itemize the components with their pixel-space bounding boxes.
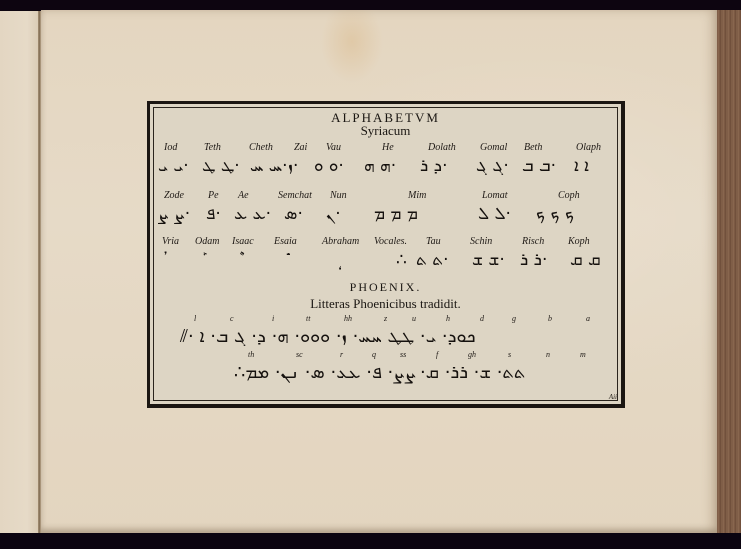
letter-label: Semchat [278, 190, 312, 201]
syriac-glyph: ܫ ܫ· [472, 250, 505, 270]
syriac-glyph: ܶ ܶ [236, 250, 240, 270]
letter-label: h [446, 314, 450, 323]
phoenician-glyphs: ⫽· ܟܘܕ· ܝ· ܛܛ ܚܚ· ܙ· ܘܘܘ· ܗ· ܕ· ܓ ܒ· ܐ [180, 326, 476, 347]
syriac-glyph: ܺ ܺ [284, 250, 288, 270]
phoenician-glyphs: ∴ܬܬ· ܫ· ܪܪ· ܩ· ܨܨ· ܦ· ܥܥ· ܣ· ܢܢ· ܡܡ [234, 362, 525, 383]
syriac-glyph: ܠ ܠ· [478, 204, 511, 224]
letter-label: f [436, 350, 438, 359]
letter-label: l [194, 314, 196, 323]
letter-label: Dolath [428, 142, 456, 153]
syriac-glyph: ܪ ܪ· [520, 250, 547, 270]
syriac-glyph: ܟ ܟ ܟ [536, 204, 574, 224]
syriac-glyph: ܦ· [206, 204, 221, 224]
letter-label: th [248, 350, 254, 359]
syriac-glyph: ܕ ܪ· [420, 156, 447, 176]
syriac-glyph: ܨ ܨ· [158, 204, 190, 224]
letter-label: Zai [294, 142, 307, 153]
syriac-glyph: ܬ ܬ· [416, 250, 449, 270]
letter-label: Zode [164, 190, 184, 201]
letter-label: u [412, 314, 416, 323]
letter-label: m [580, 350, 586, 359]
letter-label: Iod [164, 142, 177, 153]
letter-label: z [384, 314, 387, 323]
letter-label: Teth [204, 142, 221, 153]
syriac-glyph: ܘ ܘ· [314, 156, 344, 176]
letter-label: c [230, 314, 234, 323]
letter-label: He [382, 142, 394, 153]
letter-label: Pe [208, 190, 219, 201]
syriac-row-3-glyphs: ܳ ܳ ܰ ܰ ܶ ܶ ܺ ܺ ܴ ܴ ∴ ܬ ܬ· ܫ ܫ· ܪ ܪ· ܩ ܩ [150, 250, 621, 266]
letter-label: hh [344, 314, 352, 323]
left-page-edge [0, 11, 39, 537]
syriac-glyph: ܩ ܩ [570, 250, 601, 270]
letter-label: Vria [162, 236, 179, 247]
page-edges-right [717, 10, 741, 535]
letter-label: Gomal [480, 142, 507, 153]
syriac-glyph: ܐ ܐ [574, 156, 589, 176]
phoenix-subtitle: Litteras Phoenicibus tradidit. [150, 296, 621, 312]
phoenix-row-1-glyphs: ⫽· ܟܘܕ· ܝ· ܛܛ ܚܚ· ܙ· ܘܘܘ· ܗ· ܕ· ܓ ܒ· ܐ [180, 326, 621, 342]
syriac-glyph: ܒ ܒ· [522, 156, 556, 176]
letter-label: Olaph [576, 142, 601, 153]
syriac-glyph: ܙ· [288, 156, 298, 176]
letter-label: Isaac [232, 236, 254, 247]
letter-label: a [586, 314, 590, 323]
letter-label: Schin [470, 236, 492, 247]
letter-label: s [508, 350, 511, 359]
book-scan: ALPHABETVM Syriacum Iod Teth Cheth Zai V… [0, 0, 741, 549]
letter-label: Abraham [322, 236, 359, 247]
letter-label: q [372, 350, 376, 359]
letter-label: b [548, 314, 552, 323]
letter-label: Risch [522, 236, 544, 247]
syriac-glyph: ܚ ܚ· [250, 156, 287, 176]
letter-label: tt [306, 314, 310, 323]
letter-label: Ae [238, 190, 249, 201]
letter-label: sc [296, 350, 303, 359]
background-shadow [0, 533, 741, 549]
letter-label: Mim [408, 190, 426, 201]
phoenix-title: PHOENIX. [150, 280, 621, 295]
engraved-plate: ALPHABETVM Syriacum Iod Teth Cheth Zai V… [147, 101, 625, 408]
syriac-glyph: ܗ ܗ· [364, 156, 396, 176]
letter-label: Tau [426, 236, 441, 247]
plate-subtitle: Syriacum [150, 123, 621, 139]
letter-label: Nun [330, 190, 347, 201]
syriac-row-2-glyphs: ܨ ܨ· ܦ· ܥ ܥ· ܣ· ܢ· ܡ ܡ ܡ ܠ ܠ· ܟ ܟ ܟ [150, 204, 621, 220]
syriac-glyph: ܰ ܰ [200, 250, 204, 270]
syriac-glyph: ܢ· [326, 204, 341, 224]
letter-label: n [546, 350, 550, 359]
letter-label: Lomat [482, 190, 508, 201]
letter-label: d [480, 314, 484, 323]
letter-label: gh [468, 350, 476, 359]
syriac-glyph: ܥ ܥ· [234, 204, 271, 224]
syriac-glyph: ܝ ܝ· [158, 156, 189, 176]
letter-label: g [512, 314, 516, 323]
syriac-glyph: ܓ ܓ· [476, 156, 509, 176]
letter-label: Koph [568, 236, 590, 247]
letter-label: Vau [326, 142, 341, 153]
syriac-glyph: ∴ [396, 250, 407, 270]
syriac-row-1-glyphs: ܝ ܝ· ܛ ܛ· ܚ ܚ· ܙ· ܘ ܘ· ܗ ܗ· ܕ ܪ· ܓ ܓ· ܒ … [150, 156, 621, 172]
letter-label: Odam [195, 236, 219, 247]
syriac-glyph: ܛ ܛ· [202, 156, 240, 176]
syriac-glyph: ܣ· [284, 204, 303, 224]
letter-label: ss [400, 350, 406, 359]
syriac-glyph: ܳ ܳ [160, 250, 164, 270]
phoenix-row-2-glyphs: ∴ܬܬ· ܫ· ܪܪ· ܩ· ܨܨ· ܦ· ܥܥ· ܣ· ܢܢ· ܡܡ [234, 362, 621, 378]
letter-label: Cheth [249, 142, 273, 153]
letter-label: Coph [558, 190, 580, 201]
letter-label: r [340, 350, 343, 359]
letter-label: Vocales. [374, 236, 407, 247]
syriac-glyph: ܡ ܡ ܡ [374, 204, 418, 224]
letter-label: Esaia [274, 236, 297, 247]
signature-mark: Aii [609, 393, 617, 401]
letter-label: i [272, 314, 274, 323]
letter-label: Beth [524, 142, 542, 153]
syriac-glyph: ܴ ܴ [334, 250, 338, 270]
